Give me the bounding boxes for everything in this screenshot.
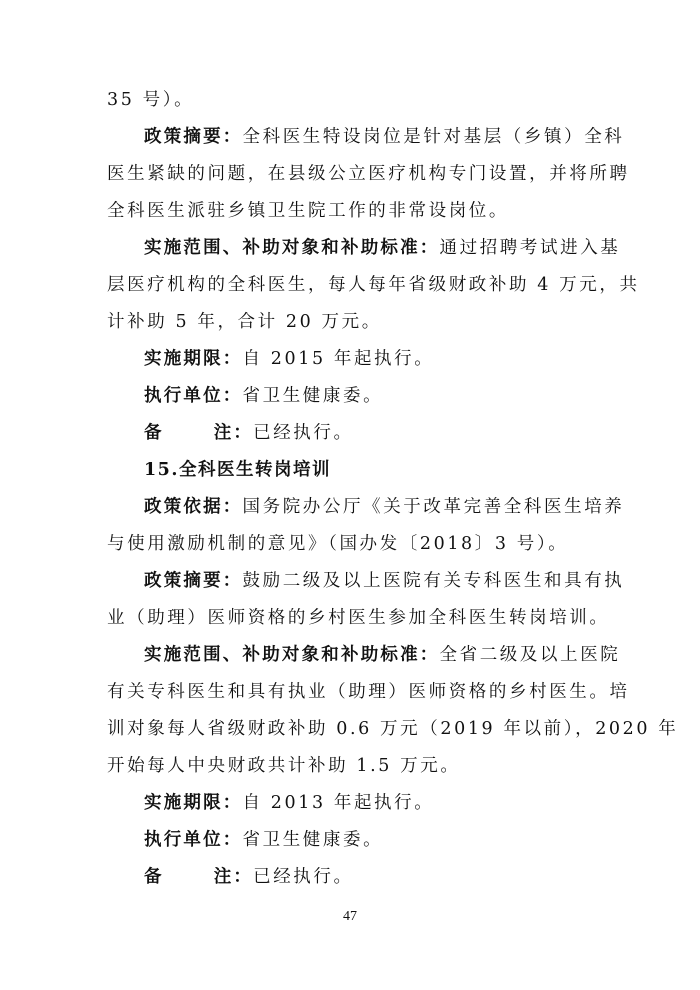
field-value: 全科医生特设岗位是针对基层（乡镇）全科 [243,127,625,147]
executing-unit: 执行单位：省卫生健康委。 [144,385,597,407]
text-line: 业（助理）医师资格的乡村医生参加全科医生转岗培训。 [107,607,597,629]
field-value: 已经执行。 [253,423,354,443]
text-line: 开始每人中央财政共计补助 1.5 万元。 [107,755,597,777]
text-line: 训对象每人省级财政补助 0.6 万元（2019 年以前），2020 年 [107,718,597,740]
field-value: 国务院办公厅《关于改革完善全科医生培养 [243,497,625,517]
field-value: 通过招聘考试进入基 [440,238,621,258]
text-line: 与使用激励机制的意见》（国办发〔2018〕3 号）。 [107,533,597,555]
line-text: 业（助理）医师资格的乡村医生参加全科医生转岗培训。 [107,608,610,628]
remarks: 备注：已经执行。 [144,866,597,888]
policy-summary: 政策摘要：鼓励二级及以上医院有关专科医生和具有执 [144,570,597,592]
implementation-period: 实施期限：自 2015 年起执行。 [144,348,597,370]
field-value: 已经执行。 [253,867,354,887]
field-label: 注： [214,423,253,443]
field-label: 实施范围、补助对象和补助标准： [144,645,440,665]
field-label: 政策依据： [144,497,243,517]
text-line: 35 号）。 [107,89,597,111]
line-text: 层医疗机构的全科医生，每人每年省级财政补助 4 万元，共 [107,275,640,295]
line-text: 与使用激励机制的意见》（国办发〔2018〕3 号）。 [107,534,568,554]
field-value: 省卫生健康委。 [243,830,384,850]
line-text: 训对象每人省级财政补助 0.6 万元（2019 年以前），2020 年 [107,719,678,739]
field-value: 鼓励二级及以上医院有关专科医生和具有执 [243,571,625,591]
text-line: 计补助 5 年，合计 20 万元。 [107,311,597,333]
field-label: 注： [214,867,253,887]
field-value: 自 2015 年起执行。 [243,349,435,369]
executing-unit: 执行单位：省卫生健康委。 [144,829,597,851]
page-number: 47 [0,909,700,925]
line-text: 开始每人中央财政共计补助 1.5 万元。 [107,756,460,776]
line-text: 全科医生派驻乡镇卫生院工作的非常设岗位。 [107,201,509,221]
section-heading: 15.全科医生转岗培训 [144,459,597,481]
field-value: 全省二级及以上医院 [440,645,621,665]
field-label: 执行单位： [144,386,243,406]
line-text: 医生紧缺的问题，在县级公立医疗机构专门设置，并将所聘 [107,164,630,184]
field-label: 实施范围、补助对象和补助标准： [144,238,440,258]
policy-basis: 政策依据：国务院办公厅《关于改革完善全科医生培养 [144,496,597,518]
remarks: 备注：已经执行。 [144,422,597,444]
line-text: 有关专科医生和具有执业（助理）医师资格的乡村医生。培 [107,682,630,702]
text-line: 层医疗机构的全科医生，每人每年省级财政补助 4 万元，共 [107,274,597,296]
field-label: 实施期限： [144,349,243,369]
field-label: 政策摘要： [144,571,243,591]
field-value: 省卫生健康委。 [243,386,384,406]
field-label: 实施期限： [144,793,243,813]
scope-and-standard: 实施范围、补助对象和补助标准：全省二级及以上医院 [144,644,597,666]
scope-and-standard: 实施范围、补助对象和补助标准：通过招聘考试进入基 [144,237,597,259]
field-label: 备 [144,867,164,887]
field-label: 备 [144,423,164,443]
field-label: 执行单位： [144,830,243,850]
text-line: 有关专科医生和具有执业（助理）医师资格的乡村医生。培 [107,681,597,703]
text-line: 医生紧缺的问题，在县级公立医疗机构专门设置，并将所聘 [107,163,597,185]
line-text: 35 号）。 [107,90,194,110]
policy-summary: 政策摘要：全科医生特设岗位是针对基层（乡镇）全科 [144,126,597,148]
field-label: 政策摘要： [144,127,243,147]
line-text: 计补助 5 年，合计 20 万元。 [107,312,382,332]
implementation-period: 实施期限：自 2013 年起执行。 [144,792,597,814]
field-value: 自 2013 年起执行。 [243,793,435,813]
text-line: 全科医生派驻乡镇卫生院工作的非常设岗位。 [107,200,597,222]
